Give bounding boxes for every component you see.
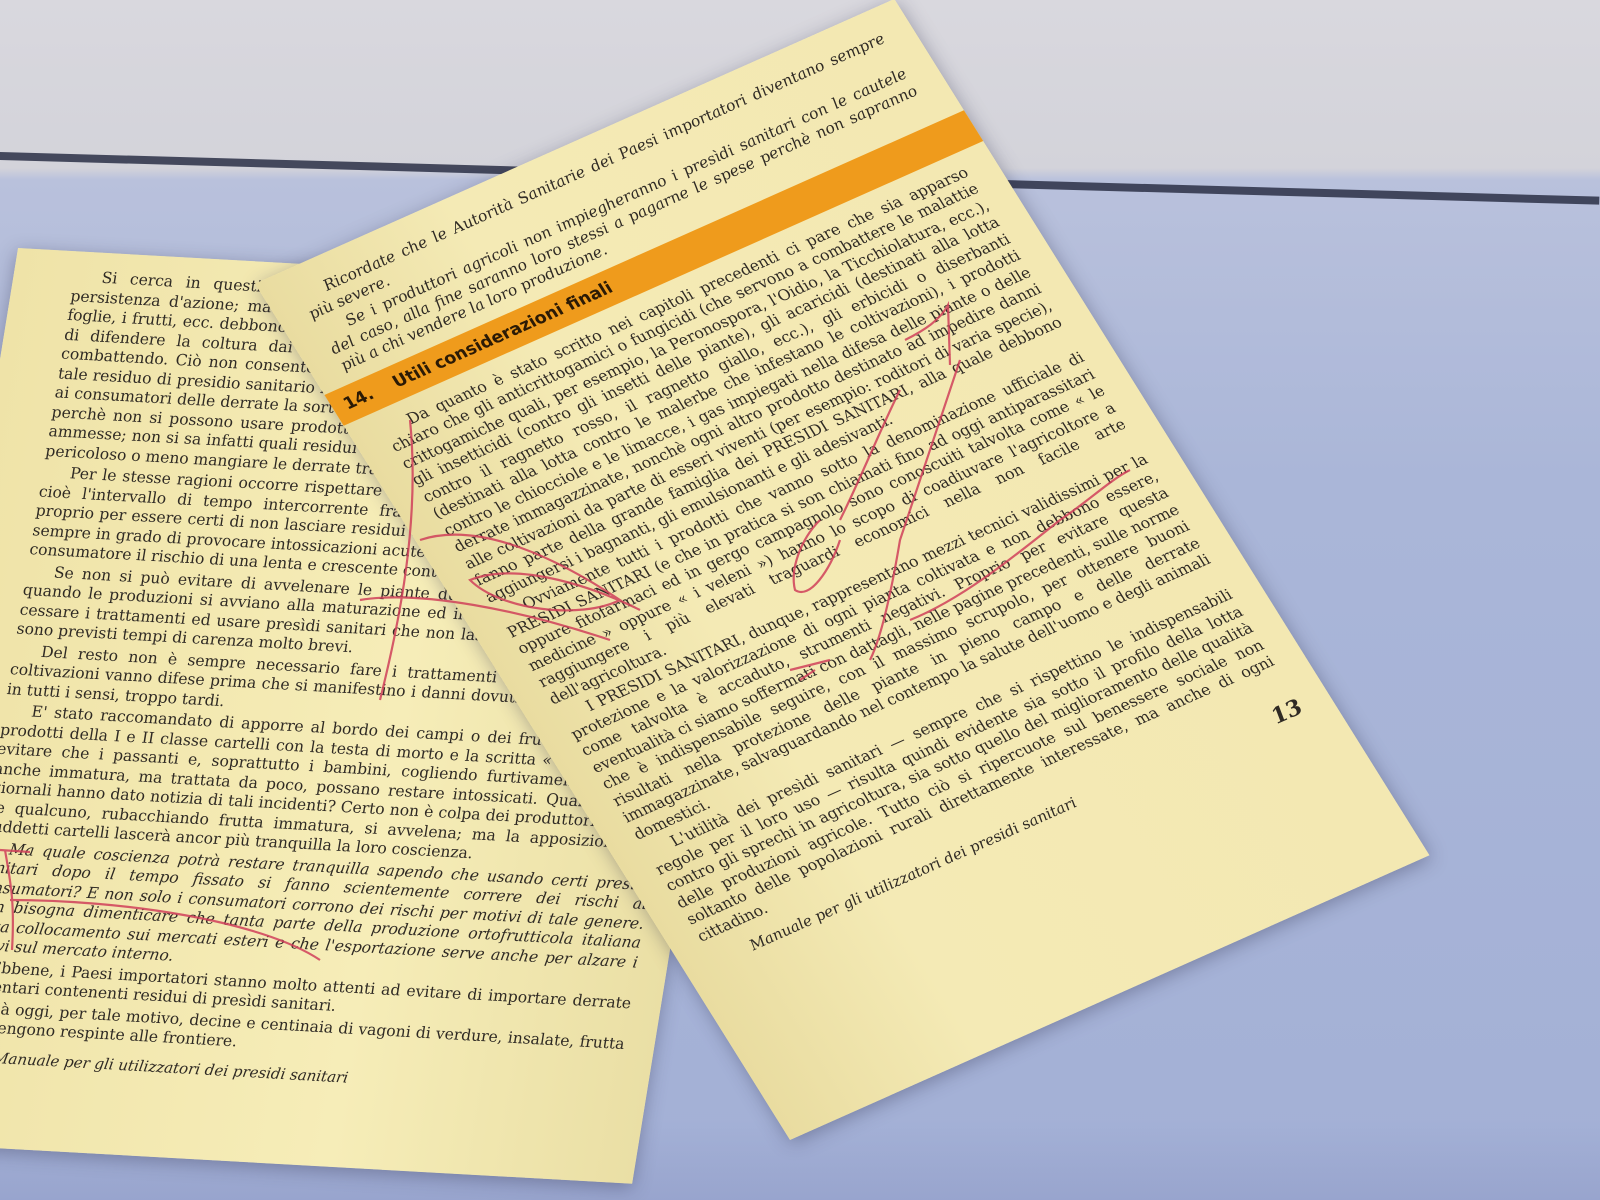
right-page-number: 13 <box>1266 694 1308 729</box>
section-number: 14. <box>339 384 377 413</box>
